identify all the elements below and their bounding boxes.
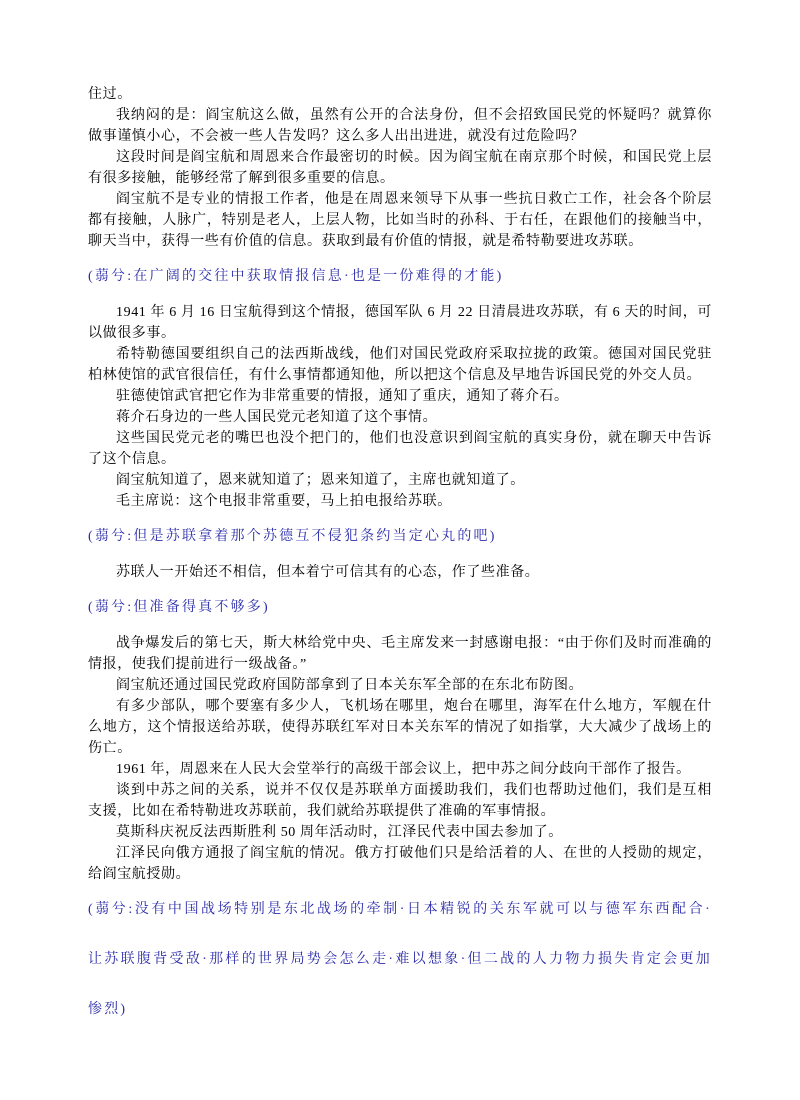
document-page: 住过。我纳闷的是：阎宝航这么做，虽然有公开的合法身份，但不会招致国民党的怀疑吗？… — [0, 0, 800, 1100]
body-paragraph: 1941 年 6 月 16 日宝航得到这个情报，德国军队 6 月 22 日清晨进… — [88, 302, 712, 344]
body-paragraph: 苏联人一开始还不相信，但本着宁可信其有的心态，作了些准备。 — [88, 562, 712, 583]
body-paragraph: 有多少部队，哪个要塞有多少人，飞机场在哪里，炮台在哪里，海军在什么地方，军舰在什… — [88, 696, 712, 759]
body-paragraph: 毛主席说：这个电报非常重要，马上拍电报给苏联。 — [88, 491, 712, 512]
annotation-paragraph: (蒻兮:但是苏联拿着那个苏德互不侵犯条约当定心丸的吧) — [88, 512, 712, 562]
annotation-paragraph: (蒻兮:没有中国战场特别是东北战场的牵制·日本精锐的关东军就可以与德军东西配合·… — [88, 885, 712, 1035]
document-body: 住过。我纳闷的是：阎宝航这么做，虽然有公开的合法身份，但不会招致国民党的怀疑吗？… — [88, 84, 712, 1035]
body-paragraph: 1961 年，周恩来在人民大会堂举行的高级干部会议上，把中苏之间分歧向干部作了报… — [88, 759, 712, 780]
body-paragraph: 蒋介石身边的一些人国民党元老知道了这个事情。 — [88, 407, 712, 428]
body-paragraph: 莫斯科庆祝反法西斯胜利 50 周年活动时，江泽民代表中国去参加了。 — [88, 822, 712, 843]
body-paragraph: 希特勒德国要组织自己的法西斯战线，他们对国民党政府采取拉拢的政策。德国对国民党驻… — [88, 344, 712, 386]
body-paragraph: 驻德使馆武官把它作为非常重要的情报，通知了重庆，通知了蒋介石。 — [88, 386, 712, 407]
body-paragraph: 住过。 — [88, 84, 712, 105]
body-paragraph: 这些国民党元老的嘴巴也没个把门的，他们也没意识到阎宝航的真实身份，就在聊天中告诉… — [88, 428, 712, 470]
body-paragraph: 谈到中苏之间的关系，说并不仅仅是苏联单方面援助我们，我们也帮助过他们，我们是互相… — [88, 780, 712, 822]
body-paragraph: 战争爆发后的第七天，斯大林给党中央、毛主席发来一封感谢电报：“由于你们及时而准确… — [88, 633, 712, 675]
annotation-paragraph: (蒻兮:但准备得真不够多) — [88, 583, 712, 633]
body-paragraph: 江泽民向俄方通报了阎宝航的情况。俄方打破他们只是给活着的人、在世的人授勋的规定，… — [88, 843, 712, 885]
body-paragraph: 阎宝航还通过国民党政府国防部拿到了日本关东军全部的在东北布防图。 — [88, 675, 712, 696]
body-paragraph: 阎宝航知道了，恩来就知道了；恩来知道了，主席也就知道了。 — [88, 470, 712, 491]
body-paragraph: 这段时间是阎宝航和周恩来合作最密切的时候。因为阎宝航在南京那个时候，和国民党上层… — [88, 147, 712, 189]
body-paragraph: 我纳闷的是：阎宝航这么做，虽然有公开的合法身份，但不会招致国民党的怀疑吗？就算你… — [88, 105, 712, 147]
body-paragraph: 阎宝航不是专业的情报工作者，他是在周恩来领导下从事一些抗日救亡工作，社会各个阶层… — [88, 189, 712, 252]
annotation-paragraph: (蒻兮:在广阔的交往中获取情报信息·也是一份难得的才能) — [88, 252, 712, 302]
